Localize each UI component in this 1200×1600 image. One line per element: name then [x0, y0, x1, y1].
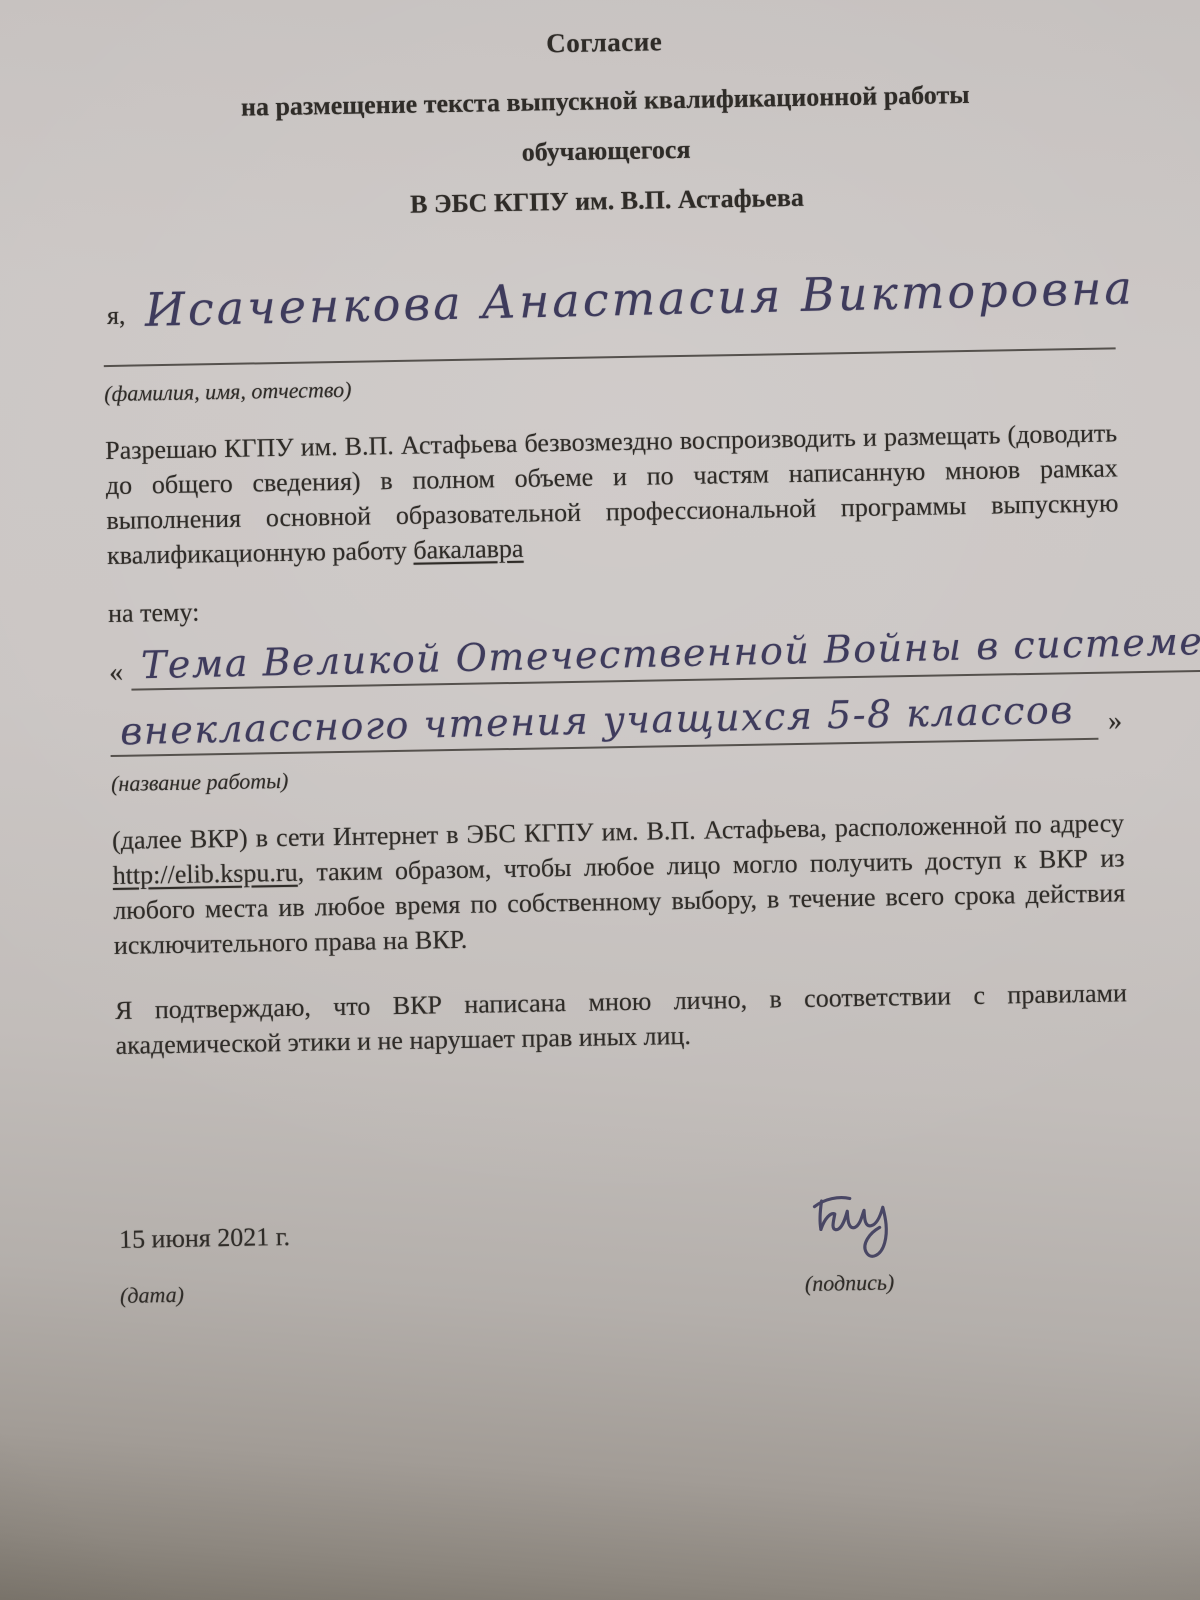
topic-underline-2: внеклассного чтения учащихся 5-8 классов [110, 690, 1099, 757]
date-caption: (дата) [120, 1280, 291, 1309]
signature-scribble [806, 1179, 928, 1271]
signature-caption: (подпись) [805, 1269, 895, 1297]
distribution-paragraph: (далее ВКР) в сети Интернет в ЭБС КГПУ и… [112, 805, 1126, 963]
confirmation-paragraph: Я подтверждаю, что ВКР написана мною лич… [115, 975, 1128, 1063]
handwritten-topic-line-1: Тема Великой Отечественной Войны в систе… [141, 619, 1200, 687]
work-title-caption: (название работы) [111, 753, 1123, 797]
paper-sheet: Согласие на размещение текста выпускной … [98, 18, 1132, 1308]
topic-handwritten-line-1: « Тема Великой Отечественной Войны в сис… [109, 623, 1122, 691]
paragraph-text: квалификационную работу [107, 536, 414, 570]
date-block: 15 июня 2021 г. (дата) [119, 1222, 291, 1309]
topic-underline-1: Тема Великой Отечественной Войны в систе… [131, 622, 1200, 691]
fio-caption: (фамилия, имя, отчество) [104, 363, 1116, 407]
document-title: Согласие [98, 18, 1110, 67]
close-quote: » [1098, 705, 1123, 739]
document-subtitle-line-3: В ЭБС КГПУ им. В.П. Астафьева [101, 177, 1113, 225]
date-value: 15 июня 2021 г. [119, 1222, 290, 1255]
permission-paragraph: Разрешаю КГПУ им. В.П. Астафьева безвозм… [105, 415, 1119, 573]
topic-handwritten-line-2: внеклассного чтения учащихся 5-8 классов… [110, 689, 1123, 757]
degree-underlined-word: бакалавра [413, 534, 524, 565]
handwritten-declarant-name: Исаченкова Анастасия Викторовна [145, 260, 1136, 336]
declarant-prefix: я, [107, 301, 126, 331]
date-signature-row: 15 июня 2021 г. (дата) (подпись) [118, 1177, 1132, 1309]
declarant-name-line: я, Исаченкова Анастасия Викторовна [102, 263, 1115, 367]
handwritten-topic-line-2: внеклассного чтения учащихся 5-8 классов [120, 688, 1075, 754]
document-subtitle-line-1: на размещение текста выпускной квалифика… [99, 77, 1111, 125]
open-quote: « [109, 657, 132, 691]
document-subtitle-line-2: обучающегося [100, 127, 1112, 175]
signature-block: (подпись) [803, 1181, 927, 1297]
elib-url-text: http://elib.kspu.ru [112, 858, 297, 890]
topic-label: на тему: [108, 581, 1120, 629]
photographed-consent-document: Согласие на размещение текста выпускной … [0, 0, 1200, 1600]
